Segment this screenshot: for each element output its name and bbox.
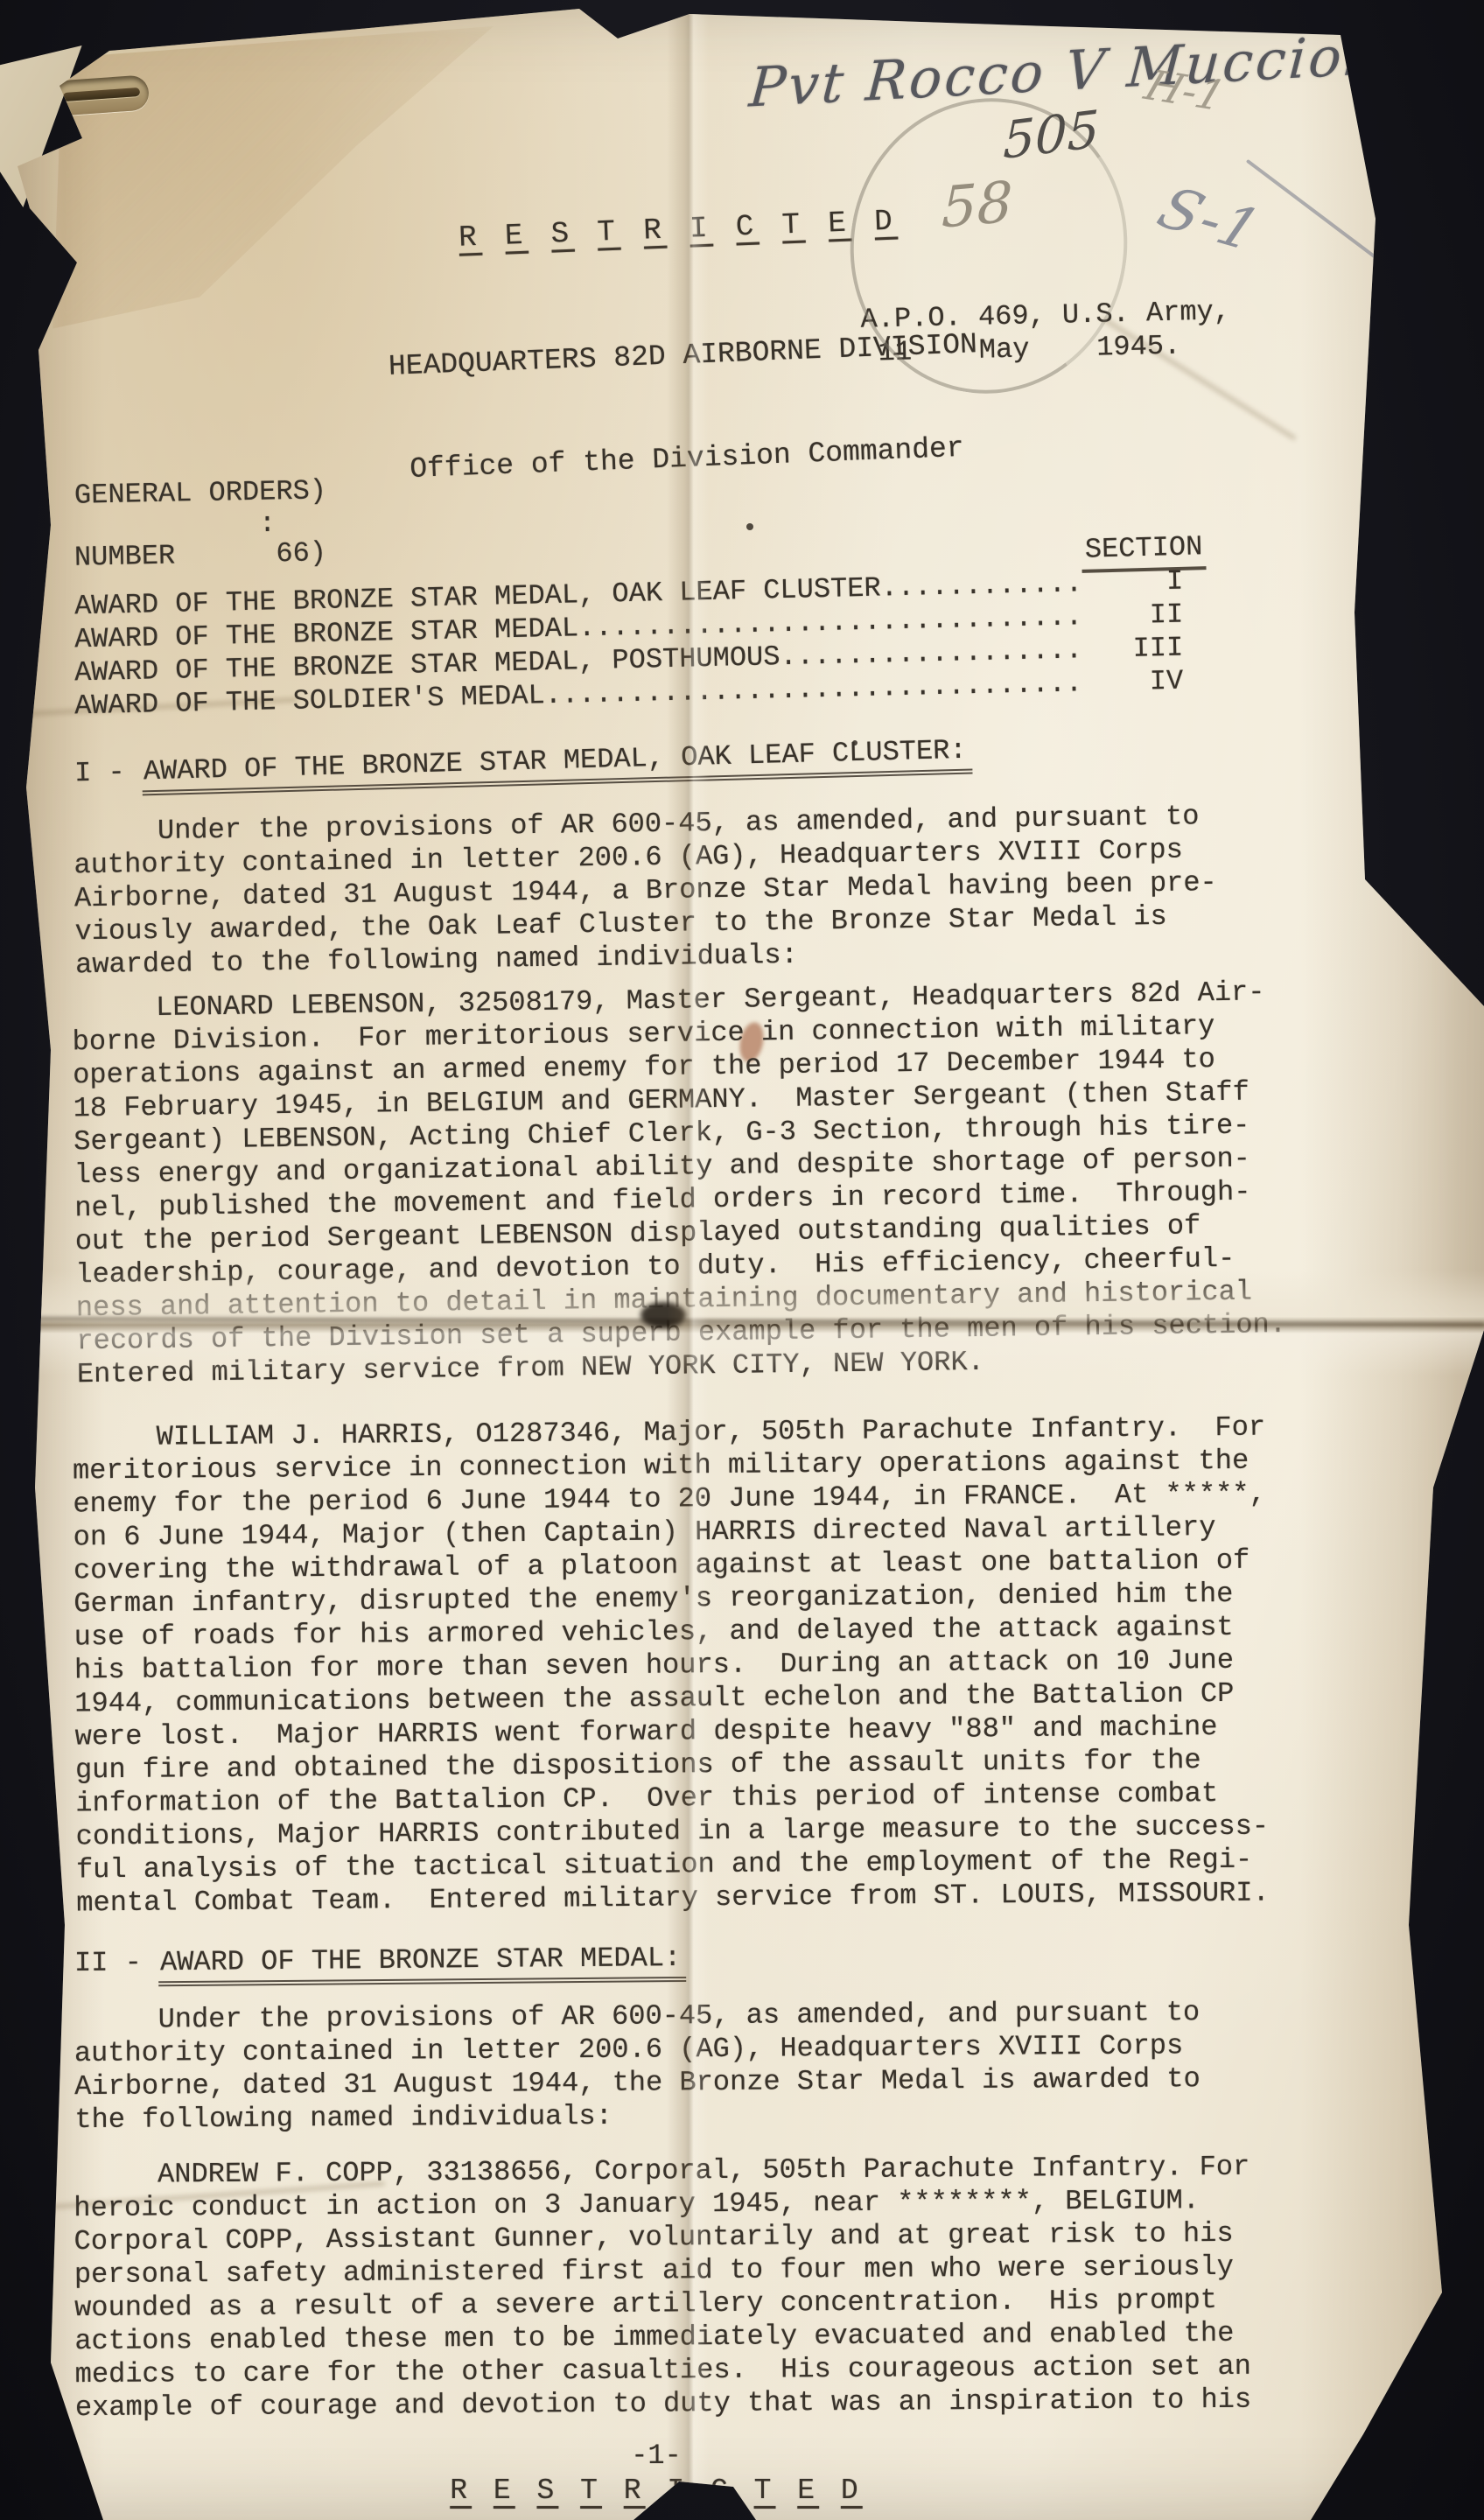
general-orders-label: GENERAL ORDERS) xyxy=(74,474,327,513)
section-1-paragraph-authority: Under the provisions of AR 600-45, as am… xyxy=(73,798,1371,983)
section-2-paragraph-authority: Under the provisions of AR 600-45, as am… xyxy=(73,1995,1369,2137)
section-2-title: AWARD OF THE BRONZE STAR MEDAL: xyxy=(158,1942,687,1986)
section-2-paragraph-copp: ANDREW F. COPP, 33138656, Corporal, 505t… xyxy=(73,2150,1370,2425)
section-1-numeral: I - xyxy=(74,755,143,789)
photo-of-document: R E S T R I C T E D HEADQUARTERS 82D AIR… xyxy=(0,0,1484,2520)
handwritten-circled-number: 58 xyxy=(941,170,1013,241)
orders-number-label: NUMBER 66) xyxy=(74,536,327,575)
section-1-title: AWARD OF THE BRONZE STAR MEDAL, OAK LEAF… xyxy=(141,734,972,796)
footer-classification-banner: R E S T R I C T E D xyxy=(0,2474,1312,2508)
section-1-paragraph-harris: WILLIAM J. HARRIS, O1287346, Major, 505t… xyxy=(73,1410,1372,1921)
section-1-heading: I - AWARD OF THE BRONZE STAR MEDAL, OAK … xyxy=(74,734,972,791)
orders-colon: : xyxy=(259,507,276,541)
document-paper: R E S T R I C T E D HEADQUARTERS 82D AIR… xyxy=(0,0,1484,2520)
section-2-numeral: II - xyxy=(74,1946,158,1979)
vertical-fold-crease xyxy=(667,0,709,2520)
page-number: -1- xyxy=(0,2439,1312,2473)
section-2-heading: II - AWARD OF THE BRONZE STAR MEDAL: xyxy=(74,1942,687,1980)
handwritten-unit-number: 505 xyxy=(1003,99,1100,171)
